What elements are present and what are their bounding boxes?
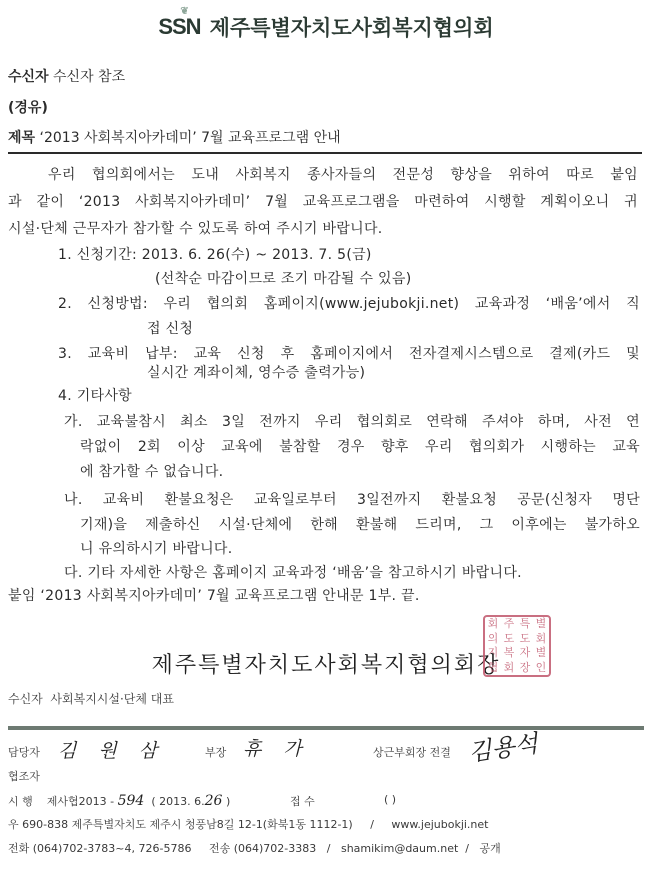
contact-row: 전화 (064)702-3783~4, 726-5786 전송 (064)702…: [8, 840, 501, 856]
item-2-line-2: 접 신청: [147, 318, 193, 338]
separator: /: [327, 842, 331, 855]
enforcement-date-suffix: ): [226, 795, 230, 808]
subject-field: 제목 ‘2013 사회복지아카데미’ 7월 교육프로그램 안내: [8, 127, 341, 147]
item-1-line-2: (선착순 마감이므로 조기 마감될 수 있음): [155, 268, 411, 288]
intro-line-2: 과 같이 ‘2013 사회복지아카데미’ 7월 교육프로그램을 마련하여 시행할…: [8, 191, 638, 211]
website-link[interactable]: www.jejubokji.net: [391, 818, 488, 831]
footer-divider: [8, 726, 644, 730]
enforcement-label: 시 행: [8, 795, 33, 808]
letterhead: ❦ SSN 제주특별자치도사회복지협의회: [0, 12, 652, 42]
leaf-icon: ❦: [180, 6, 187, 17]
fax: 전송 (064)702-3383: [209, 842, 316, 855]
seal-char: 장: [517, 661, 533, 676]
official-seal: 회 주 특 별 의 도 도 회 지 복 자 별 협 회 장 인: [483, 615, 551, 677]
distribution-field: 수신자 사회복지시설·단체 대표: [8, 690, 174, 707]
via-label: (경유): [8, 100, 48, 116]
email-link[interactable]: shamikim@daum.net: [341, 842, 458, 855]
seal-char: 회: [501, 661, 517, 676]
seal-char: 협: [485, 661, 501, 676]
item-3-line-1: 3. 교육비 납부: 교육 신청 후 홈페이지에서 전자결제시스템으로 결제(카…: [58, 343, 640, 363]
phone: 전화 (064)702-3783~4, 726-5786: [8, 842, 191, 855]
enforcement-number-prefix: 제사협2013 -: [47, 795, 114, 808]
subitem-ga-line-2: 락없이 2회 이상 교육에 불참할 경우 향후 우리 협의회가 시행하는 교육: [80, 436, 640, 456]
recipient-label: 수신자: [8, 69, 49, 85]
enforcement-date-day: 26: [205, 793, 223, 809]
via-field: (경유): [8, 97, 48, 117]
subject-value: ‘2013 사회복지아카데미’ 7월 교육프로그램 안내: [40, 130, 341, 146]
subitem-na-line-2: 기재)을 제출하신 시설·단체에 한해 환불해 드리며, 그 이후에는 불가하오: [80, 514, 640, 534]
seal-char: 회: [485, 617, 501, 632]
enforcement-row: 시 행 제사협2013 - 594 ( 2013. 6.26 ): [8, 793, 230, 809]
sender-title: 제주특별자치도사회복지협의회장: [0, 648, 652, 679]
disclosure-status: 공개: [480, 842, 501, 855]
header-divider: [8, 152, 642, 154]
seal-char: 인: [533, 661, 549, 676]
seal-char: 도: [501, 632, 517, 647]
distribution-label: 수신자: [8, 692, 43, 706]
attachment-line: 붙임 ‘2013 사회복지아카데미’ 7월 교육프로그램 안내문 1부. 끝.: [8, 585, 420, 605]
subitem-na-line-1: 나. 교육비 환불요청은 교육일로부터 3일전까지 환불요청 공문(신청자 명단: [64, 489, 640, 509]
ssn-logo: ❦ SSN: [158, 14, 200, 40]
enforcement-number: 594: [118, 793, 145, 809]
recipient-value: 수신자 참조: [53, 69, 125, 85]
subitem-da-line-1: 다. 기타 자세한 사항은 홈페이지 교육과정 ‘배움’을 참고하시기 바랍니다…: [64, 562, 522, 582]
manager-signature: 휴 가: [243, 734, 310, 761]
seal-char: 회: [533, 632, 549, 647]
receipt-label: 접 수: [290, 793, 315, 809]
manager-label: 부장: [205, 744, 226, 760]
item-2-line-1: 2. 신청방법: 우리 협의회 홈페이지(www.jejubokji.net) …: [58, 293, 640, 313]
seal-char: 별: [533, 617, 549, 632]
item-1-line-1: 1. 신청기간: 2013. 6. 26(수) ~ 2013. 7. 5(금): [58, 244, 372, 264]
distribution-value: 사회복지시설·단체 대표: [50, 692, 174, 706]
receipt-value: ( ): [384, 793, 396, 806]
separator: /: [465, 842, 469, 855]
subitem-ga-line-3: 에 참가할 수 없습니다.: [80, 461, 223, 481]
intro-line-1: 우리 협의회에서는 도내 사회복지 종사자들의 전문성 향상을 위하여 따로 붙…: [8, 164, 638, 184]
seal-char: 별: [533, 646, 549, 661]
recipient-field: 수신자 수신자 참조: [8, 66, 125, 86]
seal-char: 자: [517, 646, 533, 661]
subitem-na-line-3: 니 유의하시기 바랍니다.: [80, 538, 233, 558]
item-4-line-1: 4. 기타사항: [58, 385, 132, 405]
item-3-line-2: 실시간 계좌이체, 영수증 출력가능): [147, 362, 365, 382]
intro-line-3: 시설·단체 근무자가 참가할 수 있도록 하여 주시기 바랍니다.: [8, 218, 383, 238]
cooperator-label: 협조자: [8, 768, 40, 784]
seal-char: 특: [517, 617, 533, 632]
organization-name: 제주특별자치도사회복지협의회: [210, 12, 494, 42]
seal-char: 지: [485, 646, 501, 661]
seal-char: 의: [485, 632, 501, 647]
subitem-ga-line-1: 가. 교육불참시 최소 3일 전까지 우리 협의회로 연락해 주셔야 하며, 사…: [64, 411, 640, 431]
seal-char: 주: [501, 617, 517, 632]
staff-signature: 김 원 삼: [58, 736, 165, 763]
vp-approval-label: 상근부회장 전결: [373, 744, 451, 760]
separator: /: [370, 818, 374, 831]
enforcement-date-prefix: ( 2013. 6.: [151, 795, 204, 808]
logo-text: SSN: [158, 14, 200, 39]
staff-label: 담당자: [8, 744, 40, 760]
seal-char: 복: [501, 646, 517, 661]
seal-char: 도: [517, 632, 533, 647]
address-row: 우 690-838 제주특별자치도 제주시 청풍남8길 12-1(화북1동 11…: [8, 816, 488, 832]
subject-label: 제목: [8, 130, 35, 146]
address: 우 690-838 제주특별자치도 제주시 청풍남8길 12-1(화북1동 11…: [8, 818, 353, 831]
